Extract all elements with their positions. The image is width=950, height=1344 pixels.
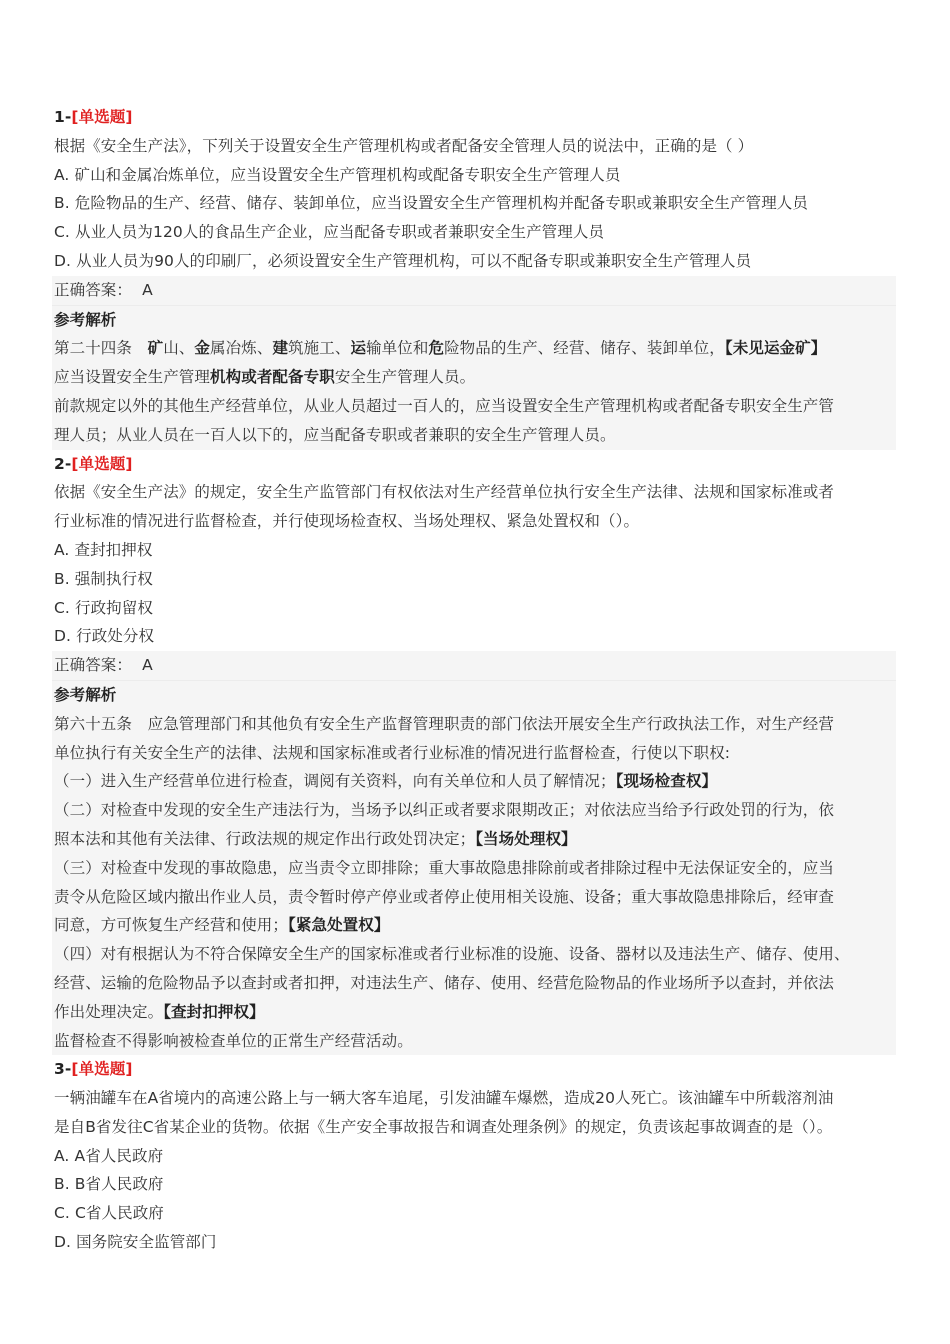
bold-text: 金 [194,339,210,357]
option-c[interactable]: C. 行政拘留权 [52,594,896,623]
text: （一）进入生产经营单位进行检查，调阅有关资料，向有关单位和人员了解情况； [54,772,616,790]
text: 输单位和 [366,339,428,357]
analysis-line: 第六十五条 应急管理部门和其他负有安全生产监督管理职责的部门依法开展安全生产行政… [52,710,896,739]
question-stem: 依据《安全生产法》的规定，安全生产监管部门有权依法对生产经营单位执行安全生产法律… [52,478,896,507]
analysis-title: 参考解析 [52,681,896,710]
question-3: 3-[单选题] 一辆油罐车在A省境内的高速公路上与一辆大客车追尾，引发油罐车爆燃… [52,1055,896,1257]
question-stem: 根据《安全生产法》，下列关于设置安全生产管理机构或者配备安全管理人员的说法中，正… [52,132,896,161]
analysis-line: 监督检查不得影响被检查单位的正常生产经营活动。 [52,1027,896,1056]
analysis-line: （二）对检查中发现的安全生产违法行为，当场予以纠正或者要求限期改正；对依法应当给… [52,796,896,825]
question-type-badge: [单选题] [71,1060,132,1078]
document-page: 1-[单选题] 根据《安全生产法》，下列关于设置安全生产管理机构或者配备安全管理… [52,103,896,1257]
question-type-badge: [单选题] [71,455,132,473]
text: 照本法和其他有关法律、行政法规的规定作出行政处罚决定； [54,830,475,848]
question-1: 1-[单选题] 根据《安全生产法》，下列关于设置安全生产管理机构或者配备安全管理… [52,103,896,450]
option-a[interactable]: A. A省人民政府 [52,1142,896,1171]
question-number: 2- [54,455,71,473]
power-tag: 【现场检查权】 [616,772,717,790]
option-b[interactable]: B. 危险物品的生产、经营、储存、装卸单位，应当设置安全生产管理机构并配备专职或… [52,189,896,218]
question-stem: 是自B省发往C省某企业的货物。依据《生产安全事故报告和调查处理条例》的规定，负责… [52,1113,896,1142]
analysis-title: 参考解析 [52,306,896,335]
answer-value: A [142,281,153,299]
text: 同意，方可恢复生产经营和使用； [54,916,288,934]
analysis-line: （一）进入生产经营单位进行检查，调阅有关资料，向有关单位和人员了解情况；【现场检… [52,767,896,796]
question-header: 1-[单选题] [52,103,896,132]
bold-text: 运 [350,339,366,357]
power-tag: 【当场处理权】 [475,830,576,848]
analysis-line: 前款规定以外的其他生产经营单位，从业人员超过一百人的，应当设置安全生产管理机构或… [52,392,896,421]
analysis-line: 理人员；从业人员在一百人以下的，应当配备专职或者兼职的安全生产管理人员。 [52,421,896,450]
analysis-line: 同意，方可恢复生产经营和使用；【紧急处置权】 [52,911,896,940]
text: 属冶炼、 [210,339,272,357]
bold-text: 危 [428,339,444,357]
answer-label: 正确答案： [54,656,132,674]
correct-answer: 正确答案： A [52,276,896,306]
text: 作出处理决定。 [54,1003,163,1021]
analysis-block: 参考解析 第二十四条 矿山、金属冶炼、建筑施工、运输单位和危险物品的生产、经营、… [52,306,896,450]
answer-value: A [142,656,153,674]
option-d[interactable]: D. 从业人员为90人的印刷厂，必须设置安全生产管理机构，可以不配备专职或兼职安… [52,247,896,276]
bold-text: 建 [272,339,288,357]
bold-text: 矿 [148,339,164,357]
text: 第二十四条 [54,339,148,357]
option-b[interactable]: B. 强制执行权 [52,565,896,594]
power-tag: 【查封扣押权】 [163,1003,264,1021]
option-a[interactable]: A. 查封扣押权 [52,536,896,565]
question-2: 2-[单选题] 依据《安全生产法》的规定，安全生产监管部门有权依法对生产经营单位… [52,450,896,1056]
analysis-line: 经营、运输的危险物品予以查封或者扣押，对违法生产、储存、使用、经营危险物品的作业… [52,969,896,998]
question-stem: 行业标准的情况进行监督检查，并行使现场检查权、当场处理权、紧急处置权和（）。 [52,507,896,536]
question-number: 3- [54,1060,71,1078]
text: 山、 [163,339,194,357]
analysis-line: 责令从危险区域内撤出作业人员，责令暂时停产停业或者停止使用相关设施、设备；重大事… [52,883,896,912]
option-c[interactable]: C. 从业人员为120人的食品生产企业，应当配备专职或者兼职安全生产管理人员 [52,218,896,247]
answer-label: 正确答案： [54,281,132,299]
text: 应当设置安全生产管理 [54,368,210,386]
mnemonic-tag: 【未见运金矿】 [725,339,826,357]
analysis-line: 作出处理决定。【查封扣押权】 [52,998,896,1027]
question-stem: 一辆油罐车在A省境内的高速公路上与一辆大客车追尾，引发油罐车爆燃，造成20人死亡… [52,1084,896,1113]
option-b[interactable]: B. B省人民政府 [52,1170,896,1199]
option-c[interactable]: C. C省人民政府 [52,1199,896,1228]
option-d[interactable]: D. 行政处分权 [52,622,896,651]
question-type-badge: [单选题] [71,108,132,126]
text: 筑施工、 [288,339,350,357]
analysis-line: 照本法和其他有关法律、行政法规的规定作出行政处罚决定；【当场处理权】 [52,825,896,854]
correct-answer: 正确答案： A [52,651,896,681]
question-header: 2-[单选题] [52,450,896,479]
analysis-block: 参考解析 第六十五条 应急管理部门和其他负有安全生产监督管理职责的部门依法开展安… [52,681,896,1055]
analysis-line: 应当设置安全生产管理机构或者配备专职安全生产管理人员。 [52,363,896,392]
question-header: 3-[单选题] [52,1055,896,1084]
analysis-line: 第二十四条 矿山、金属冶炼、建筑施工、运输单位和危险物品的生产、经营、储存、装卸… [52,334,896,363]
analysis-line: （三）对检查中发现的事故隐患，应当责令立即排除；重大事故隐患排除前或者排除过程中… [52,854,896,883]
text: 安全生产管理人员。 [335,368,475,386]
text: 险物品的生产、经营、储存、装卸单位， [444,339,725,357]
bold-text: 机构或者配备专职 [210,368,335,386]
analysis-line: （四）对有根据认为不符合保障安全生产的国家标准或者行业标准的设施、设备、器材以及… [52,940,896,969]
power-tag: 【紧急处置权】 [288,916,389,934]
analysis-line: 单位执行有关安全生产的法律、法规和国家标准或者行业标准的情况进行监督检查，行使以… [52,739,896,768]
option-d[interactable]: D. 国务院安全监管部门 [52,1228,896,1257]
question-number: 1- [54,108,71,126]
option-a[interactable]: A. 矿山和金属冶炼单位，应当设置安全生产管理机构或配备专职安全生产管理人员 [52,161,896,190]
